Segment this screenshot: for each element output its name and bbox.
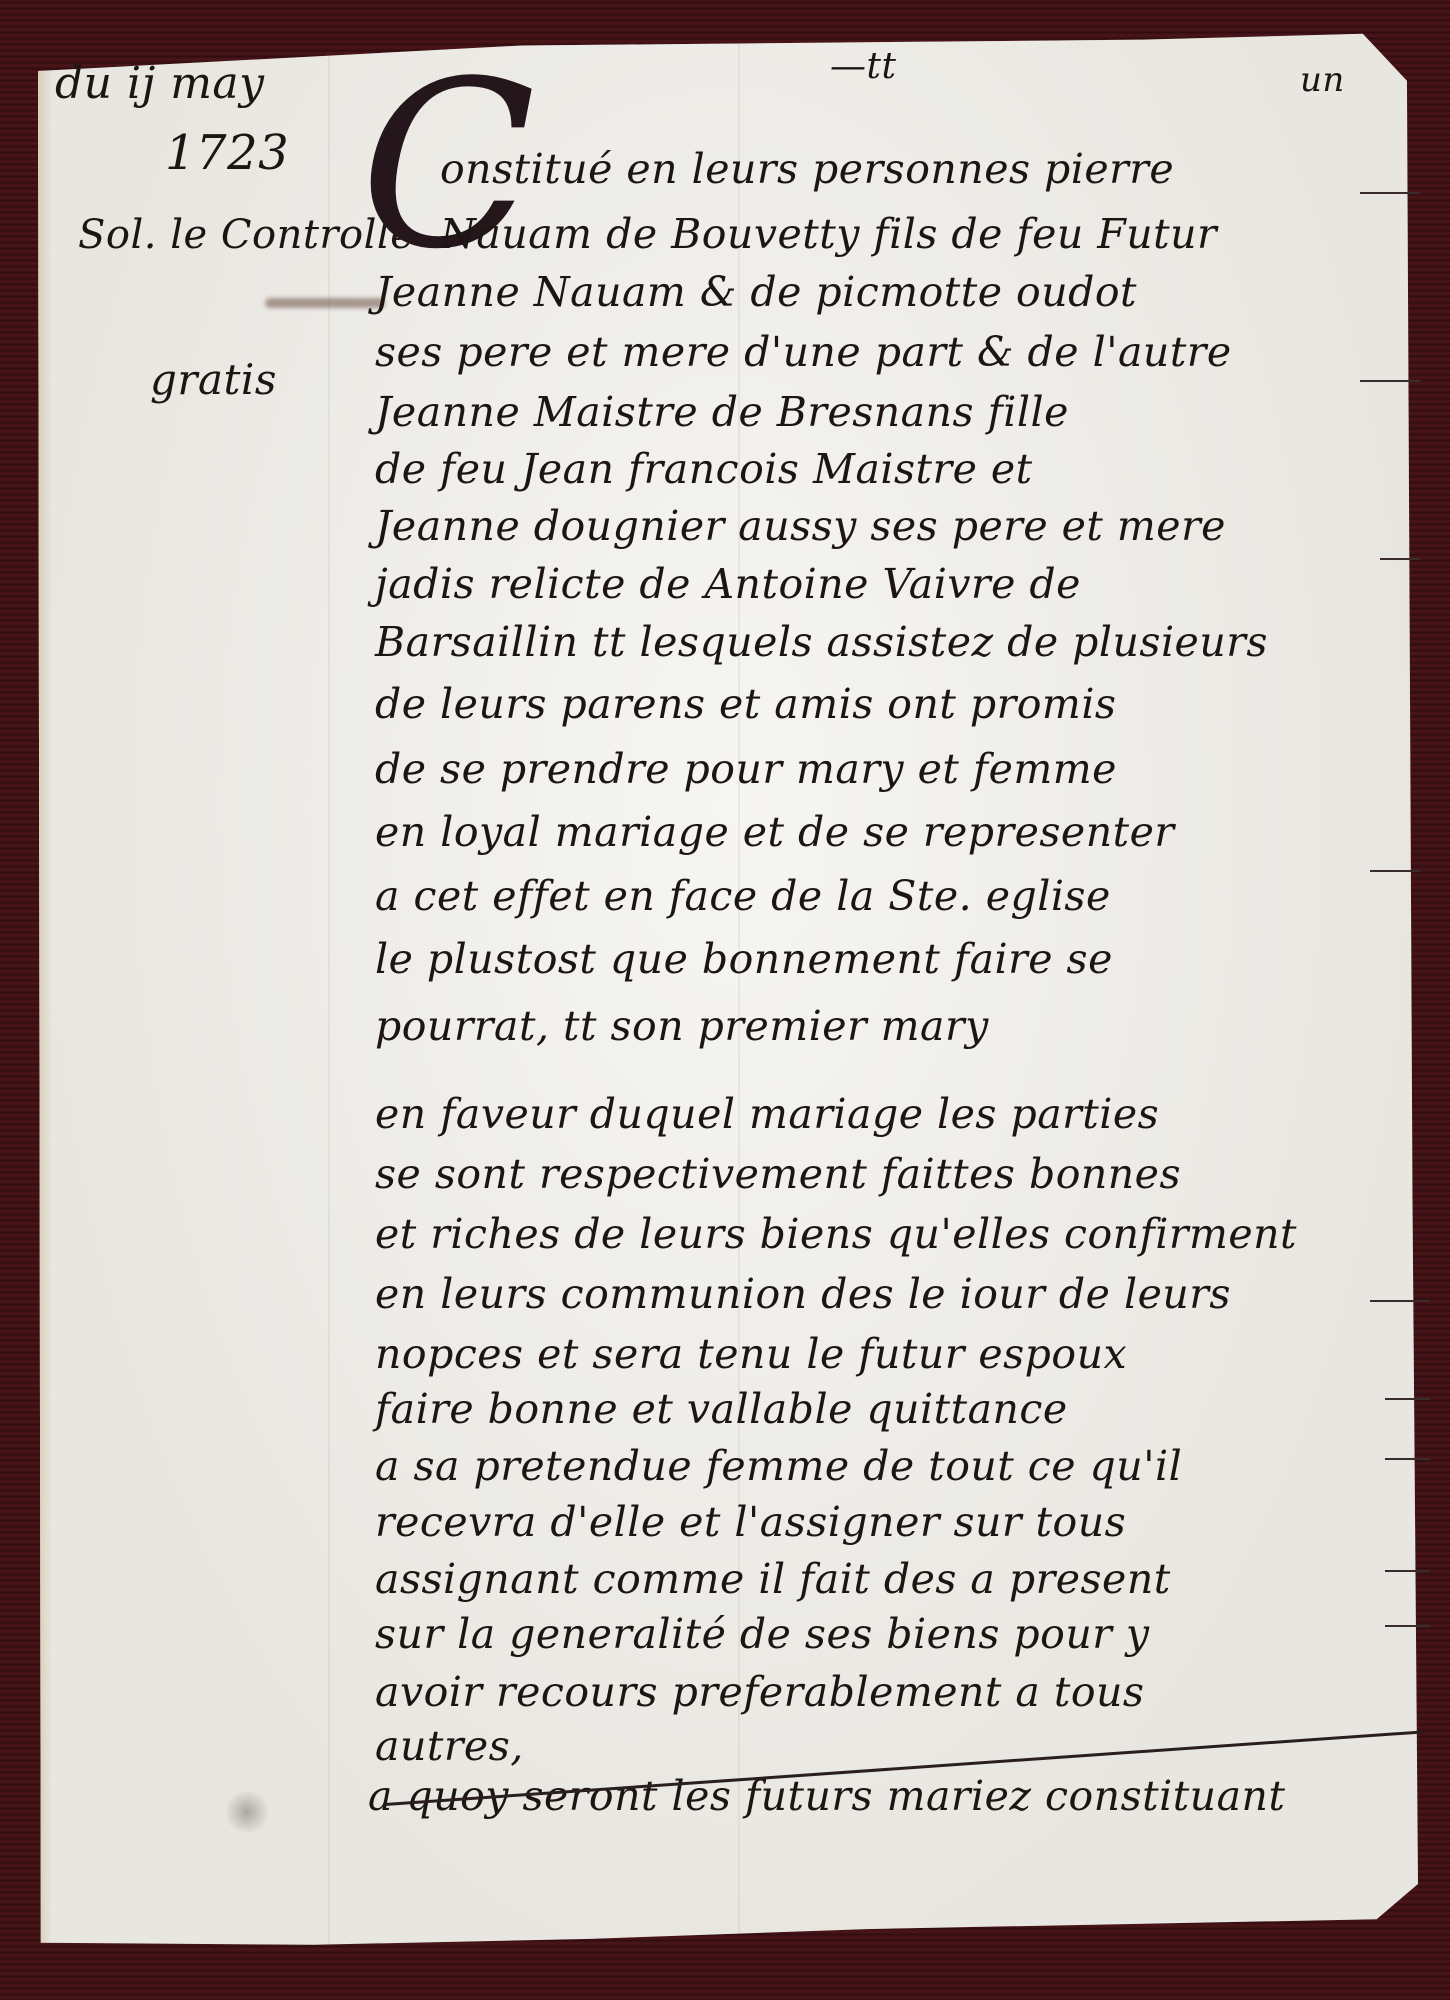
text-line: faire bonne et vallable quittance: [375, 1385, 1068, 1433]
margin-date-year: 1723: [165, 125, 289, 181]
text-line: jadis relicte de Antoine Vaivre de: [375, 560, 1081, 608]
line-filler-rule: [1380, 558, 1420, 560]
paper-fold: [328, 22, 330, 1982]
text-line: a sa pretendue femme de tout ce qu'il: [375, 1442, 1182, 1490]
text-line: a cet effet en face de la Ste. eglise: [375, 872, 1111, 920]
line-filler-rule: [1370, 1300, 1430, 1302]
text-line: Nauam de Bouvetty fils de feu Futur: [440, 210, 1217, 258]
line-filler-rule: [1385, 1458, 1430, 1460]
text-line: de leurs parens et amis ont promis: [375, 680, 1116, 728]
line-filler-rule: [1385, 1570, 1430, 1572]
header-mark: —tt: [830, 46, 896, 87]
text-line: sur la generalité de ses biens pour y: [375, 1610, 1150, 1658]
text-line: assignant comme il fait des a present: [375, 1555, 1171, 1603]
text-line: avoir recours preferablement a tous: [375, 1668, 1144, 1716]
margin-gratis-note: gratis: [150, 355, 277, 404]
text-line: nopces et sera tenu le futur espoux: [375, 1330, 1127, 1378]
text-line: le plustost que bonnement faire se: [375, 935, 1113, 983]
margin-date-day: du ij may: [55, 58, 265, 109]
text-line: Jeanne Maistre de Bresnans fille: [375, 388, 1069, 436]
text-line: Jeanne Nauam & de picmotte oudot: [375, 268, 1137, 316]
line-filler-rule: [1370, 870, 1420, 872]
line-filler-rule: [1360, 380, 1420, 382]
line-filler-rule: [1385, 1625, 1430, 1627]
text-line: en loyal mariage et de se representer: [375, 808, 1174, 856]
text-line: en leurs communion des le iour de leurs: [375, 1270, 1231, 1318]
text-line: de se prendre pour mary et femme: [375, 745, 1117, 793]
text-line: Jeanne dougnier aussy ses pere et mere: [375, 502, 1226, 550]
text-line: pourrat, tt son premier mary: [375, 1002, 989, 1050]
text-line: de feu Jean francois Maistre et: [375, 445, 1033, 493]
text-line: et riches de leurs biens qu'elles confir…: [375, 1210, 1297, 1258]
text-line: Barsaillin tt lesquels assistez de plusi…: [375, 618, 1268, 666]
ink-stain: [222, 1792, 272, 1832]
text-line: en faveur duquel mariage les parties: [375, 1090, 1159, 1138]
text-line: onstitué en leurs personnes pierre: [440, 145, 1174, 193]
text-line: ses pere et mere d'une part & de l'autre: [375, 328, 1232, 376]
text-line: autres,: [375, 1722, 524, 1770]
text-line: se sont respectivement faittes bonnes: [375, 1150, 1181, 1198]
text-line: recevra d'elle et l'assigner sur tous: [375, 1498, 1126, 1546]
line-filler-rule: [1360, 192, 1420, 194]
page-number: un: [1300, 60, 1345, 100]
line-filler-rule: [1385, 1398, 1430, 1400]
